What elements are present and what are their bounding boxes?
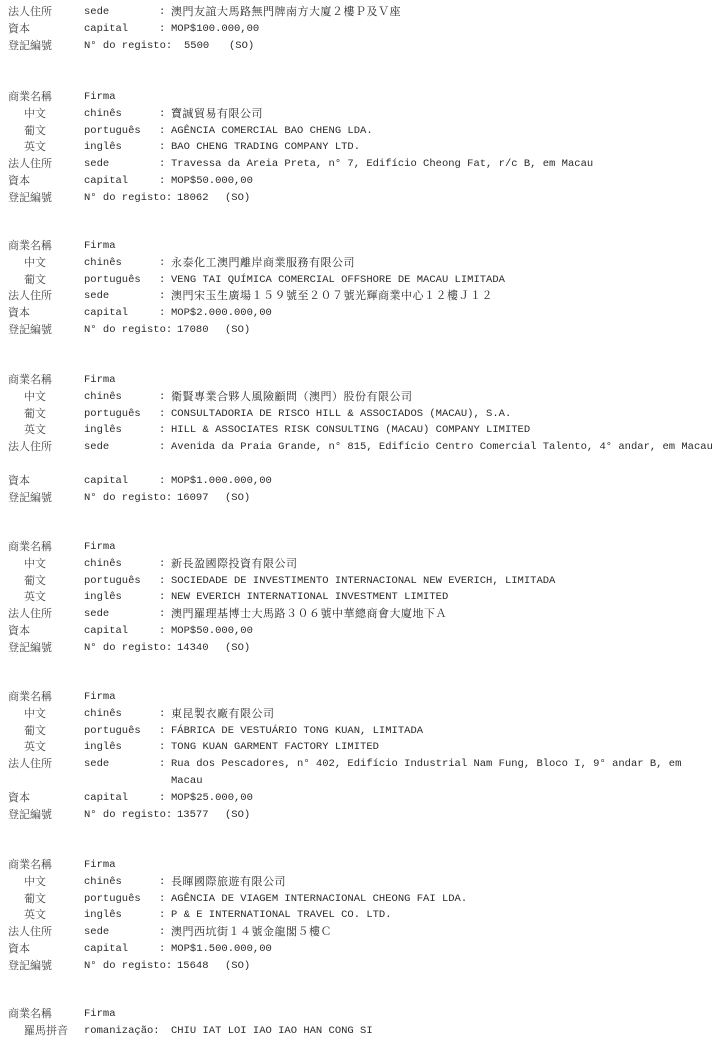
sede-label-zh: 法人住所: [8, 924, 52, 941]
colon: :: [159, 173, 165, 190]
portugues-row: 葡文 português : SOCIEDADE DE INVESTIMENTO…: [0, 573, 725, 590]
colon: :: [159, 21, 165, 38]
firma-label-pt: Firma: [84, 539, 116, 556]
colon: :: [159, 106, 165, 123]
colon: :: [159, 255, 165, 272]
sede-label-pt: sede: [84, 156, 109, 173]
portugues-label-zh: 葡文: [24, 406, 46, 423]
portugues-row: 葡文 português : AGÊNCIA DE VIAGEM INTERNA…: [0, 891, 725, 908]
registo-label-zh: 登記編號: [8, 640, 52, 657]
registo-label-zh: 登記編號: [8, 190, 52, 207]
chines-label-pt: chinês: [84, 874, 122, 891]
registo-label-zh: 登記編號: [8, 807, 52, 824]
chines-label-pt: chinês: [84, 556, 122, 573]
registo-number: 17080: [177, 322, 209, 339]
registo-row: 登記編號 N° do registo: 17080 (SO): [0, 322, 725, 339]
ingles-value: P & E INTERNATIONAL TRAVEL CO. LTD.: [171, 907, 716, 924]
capital-value: MOP$1.000.000,00: [171, 473, 716, 490]
colon: :: [159, 623, 165, 640]
ingles-label-pt: inglês: [84, 739, 122, 756]
registo-row: 登記編號 N° do registo: 16097 (SO): [0, 490, 725, 507]
colon: :: [159, 123, 165, 140]
registo-number: 15648: [177, 958, 209, 975]
sede-row: 法人住所 sede : Travessa da Areia Preta, n° …: [0, 156, 725, 173]
registo-row: 登記編號 N° do registo: 15648 (SO): [0, 958, 725, 975]
registo-type: (SO): [225, 322, 250, 339]
colon: :: [159, 4, 165, 21]
firma-row: 商業名稱 Firma: [0, 689, 725, 706]
capital-label-pt: capital: [84, 790, 128, 807]
portugues-value: SOCIEDADE DE INVESTIMENTO INTERNACIONAL …: [171, 573, 716, 590]
portugues-label-zh: 葡文: [24, 123, 46, 140]
chines-label-pt: chinês: [84, 106, 122, 123]
sede-label-pt: sede: [84, 924, 109, 941]
capital-label-zh: 資本: [8, 305, 30, 322]
capital-label-pt: capital: [84, 173, 128, 190]
registry-entry: 商業名稱 Firma 羅馬拼音 romanização: CHIU IAT LO…: [0, 1006, 725, 1040]
firma-label-zh: 商業名稱: [8, 238, 52, 255]
registo-row: 登記編號 N° do registo: 13577 (SO): [0, 807, 725, 824]
chines-value: 寶誠貿易有限公司: [171, 106, 716, 123]
colon: :: [159, 422, 165, 439]
sede-row: 法人住所 sede : Avenida da Praia Grande, n° …: [0, 439, 725, 473]
ingles-label-zh: 英文: [24, 907, 46, 924]
registo-label-zh: 登記編號: [8, 958, 52, 975]
firma-label-zh: 商業名稱: [8, 372, 52, 389]
registo-type: (SO): [225, 958, 250, 975]
capital-row: 資本 capital : MOP$2.000.000,00: [0, 305, 725, 322]
firma-row: 商業名稱 Firma: [0, 372, 725, 389]
chines-row: 中文 chinês : 新長盈國際投資有限公司: [0, 556, 725, 573]
sede-label-pt: sede: [84, 439, 109, 456]
portugues-value: CONSULTADORIA DE RISCO HILL & ASSOCIADOS…: [171, 406, 716, 423]
registo-label-zh: 登記編號: [8, 38, 52, 55]
colon: :: [159, 288, 165, 305]
registo-type: (SO): [225, 640, 250, 657]
registry-entry: 商業名稱 Firma 中文 chinês : 新長盈國際投資有限公司 葡文 po…: [0, 539, 725, 657]
ingles-row: 英文 inglês : P & E INTERNATIONAL TRAVEL C…: [0, 907, 725, 924]
capital-label-pt: capital: [84, 623, 128, 640]
romanizacao-value: CHIU IAT LOI IAO IAO HAN CONG SI: [171, 1023, 716, 1040]
ingles-label-pt: inglês: [84, 589, 122, 606]
capital-label-pt: capital: [84, 941, 128, 958]
portugues-label-zh: 葡文: [24, 573, 46, 590]
ingles-label-zh: 英文: [24, 589, 46, 606]
colon: :: [159, 473, 165, 490]
ingles-label-pt: inglês: [84, 907, 122, 924]
colon: :: [159, 891, 165, 908]
portugues-value: VENG TAI QUÍMICA COMERCIAL OFFSHORE DE M…: [171, 272, 716, 289]
chines-row: 中文 chinês : 長暉國際旅遊有限公司: [0, 874, 725, 891]
registo-label-pt: N° do registo:: [84, 640, 172, 657]
ingles-value: TONG KUAN GARMENT FACTORY LIMITED: [171, 739, 716, 756]
sede-row: 法人住所 sede : 澳門西坑街１４號金龍閣５樓Ｃ: [0, 924, 725, 941]
sede-label-zh: 法人住所: [8, 156, 52, 173]
capital-label-pt: capital: [84, 473, 128, 490]
colon: :: [159, 389, 165, 406]
sede-label-zh: 法人住所: [8, 756, 52, 773]
portugues-label-pt: português: [84, 406, 141, 423]
portugues-row: 葡文 português : VENG TAI QUÍMICA COMERCIA…: [0, 272, 725, 289]
sede-value: Avenida da Praia Grande, n° 815, Edifíci…: [171, 439, 716, 456]
colon: :: [159, 589, 165, 606]
romanizacao-row: 羅馬拼音 romanização: CHIU IAT LOI IAO IAO H…: [0, 1023, 725, 1040]
capital-label-zh: 資本: [8, 21, 30, 38]
capital-row: 資本 capital : MOP$50.000,00: [0, 173, 725, 190]
romanizacao-label-pt: romanização:: [84, 1023, 160, 1040]
portugues-label-pt: português: [84, 573, 141, 590]
registo-number: 16097: [177, 490, 209, 507]
sede-value: 澳門羅理基博士大馬路３０６號中華總商會大廈地下Ａ: [171, 606, 716, 623]
ingles-row: 英文 inglês : HILL & ASSOCIATES RISK CONSU…: [0, 422, 725, 439]
capital-value: MOP$100.000,00: [171, 21, 716, 38]
capital-value: MOP$50.000,00: [171, 623, 716, 640]
ingles-row: 英文 inglês : BAO CHENG TRADING COMPANY LT…: [0, 139, 725, 156]
ingles-label-zh: 英文: [24, 739, 46, 756]
portugues-label-pt: português: [84, 272, 141, 289]
romanizacao-label-zh: 羅馬拼音: [24, 1023, 68, 1040]
registo-label-pt: N° do registo:: [84, 190, 172, 207]
colon: :: [159, 156, 165, 173]
registo-row: 登記編號 N° do registo: 5500 (SO): [0, 38, 725, 55]
colon: :: [159, 706, 165, 723]
registo-number: 5500: [184, 38, 209, 55]
colon: :: [159, 573, 165, 590]
registo-number: 14340: [177, 640, 209, 657]
registo-label-pt: N° do registo:: [84, 807, 172, 824]
sede-label-pt: sede: [84, 606, 109, 623]
sede-value: Travessa da Areia Preta, n° 7, Edifício …: [171, 156, 716, 173]
colon: :: [159, 139, 165, 156]
firma-label-zh: 商業名稱: [8, 689, 52, 706]
capital-row: 資本 capital : MOP$100.000,00: [0, 21, 725, 38]
registo-label-pt: N° do registo:: [84, 490, 172, 507]
chines-row: 中文 chinês : 衛賢專業合夥人風險顧問（澳門）股份有限公司: [0, 389, 725, 406]
colon: :: [159, 439, 165, 456]
registo-label-pt: N° do registo:: [84, 958, 172, 975]
capital-value: MOP$25.000,00: [171, 790, 716, 807]
registo-label-zh: 登記編號: [8, 490, 52, 507]
firma-row: 商業名稱 Firma: [0, 539, 725, 556]
colon: :: [159, 723, 165, 740]
registry-entry: 商業名稱 Firma 中文 chinês : 衛賢專業合夥人風險顧問（澳門）股份…: [0, 372, 725, 506]
registo-number: 18062: [177, 190, 209, 207]
chines-label-pt: chinês: [84, 389, 122, 406]
capital-label-zh: 資本: [8, 941, 30, 958]
chines-value: 東昆製衣廠有限公司: [171, 706, 716, 723]
ingles-value: HILL & ASSOCIATES RISK CONSULTING (MACAU…: [171, 422, 716, 439]
portugues-label-zh: 葡文: [24, 723, 46, 740]
colon: :: [159, 756, 165, 773]
registry-entry: 法人住所 sede : 澳門友誼大馬路無門牌南方大廈２樓Ｐ及Ｖ座 資本 capi…: [0, 4, 725, 54]
registo-type: (SO): [225, 807, 250, 824]
portugues-row: 葡文 português : CONSULTADORIA DE RISCO HI…: [0, 406, 725, 423]
ingles-label-pt: inglês: [84, 422, 122, 439]
capital-label-pt: capital: [84, 21, 128, 38]
sede-label-zh: 法人住所: [8, 439, 52, 456]
colon: :: [159, 606, 165, 623]
capital-value: MOP$1.500.000,00: [171, 941, 716, 958]
chines-label-zh: 中文: [24, 389, 46, 406]
portugues-value: AGÊNCIA COMERCIAL BAO CHENG LDA.: [171, 123, 716, 140]
firma-label-zh: 商業名稱: [8, 857, 52, 874]
chines-label-zh: 中文: [24, 706, 46, 723]
chines-value: 新長盈國際投資有限公司: [171, 556, 716, 573]
ingles-label-pt: inglês: [84, 139, 122, 156]
chines-label-pt: chinês: [84, 706, 122, 723]
chines-label-pt: chinês: [84, 255, 122, 272]
sede-value: 澳門宋玉生廣場１５９號至２０７號光輝商業中心１２樓Ｊ１２: [171, 288, 716, 305]
firma-label-zh: 商業名稱: [8, 89, 52, 106]
ingles-label-zh: 英文: [24, 422, 46, 439]
colon: :: [159, 907, 165, 924]
chines-label-zh: 中文: [24, 874, 46, 891]
ingles-row: 英文 inglês : NEW EVERICH INTERNATIONAL IN…: [0, 589, 725, 606]
chines-value: 長暉國際旅遊有限公司: [171, 874, 716, 891]
firma-label-pt: Firma: [84, 1006, 116, 1023]
colon: :: [159, 305, 165, 322]
sede-label-zh: 法人住所: [8, 606, 52, 623]
chines-row: 中文 chinês : 寶誠貿易有限公司: [0, 106, 725, 123]
capital-value: MOP$50.000,00: [171, 173, 716, 190]
portugues-label-zh: 葡文: [24, 272, 46, 289]
capital-row: 資本 capital : MOP$50.000,00: [0, 623, 725, 640]
capital-row: 資本 capital : MOP$25.000,00: [0, 790, 725, 807]
colon: :: [159, 790, 165, 807]
firma-label-pt: Firma: [84, 372, 116, 389]
chines-value: 衛賢專業合夥人風險顧問（澳門）股份有限公司: [171, 389, 716, 406]
sede-label-pt: sede: [84, 756, 109, 773]
ingles-value: BAO CHENG TRADING COMPANY LTD.: [171, 139, 716, 156]
sede-label-pt: sede: [84, 288, 109, 305]
sede-row: 法人住所 sede : 澳門羅理基博士大馬路３０６號中華總商會大廈地下Ａ: [0, 606, 725, 623]
ingles-row: 英文 inglês : TONG KUAN GARMENT FACTORY LI…: [0, 739, 725, 756]
portugues-label-zh: 葡文: [24, 891, 46, 908]
firma-label-pt: Firma: [84, 238, 116, 255]
sede-row: 法人住所 sede : 澳門友誼大馬路無門牌南方大廈２樓Ｐ及Ｖ座: [0, 4, 725, 21]
sede-row: 法人住所 sede : Rua dos Pescadores, n° 402, …: [0, 756, 725, 790]
ingles-label-zh: 英文: [24, 139, 46, 156]
registry-entry: 商業名稱 Firma 中文 chinês : 寶誠貿易有限公司 葡文 portu…: [0, 89, 725, 207]
portugues-label-pt: português: [84, 891, 141, 908]
chines-label-zh: 中文: [24, 255, 46, 272]
sede-label-pt: sede: [84, 4, 109, 21]
capital-label-pt: capital: [84, 305, 128, 322]
registo-number: 13577: [177, 807, 209, 824]
chines-label-zh: 中文: [24, 556, 46, 573]
sede-label-zh: 法人住所: [8, 288, 52, 305]
sede-label-zh: 法人住所: [8, 4, 52, 21]
chines-value: 永泰化工澳門離岸商業服務有限公司: [171, 255, 716, 272]
colon: :: [159, 924, 165, 941]
capital-label-zh: 資本: [8, 173, 30, 190]
registo-label-pt: N° do registo:: [84, 38, 172, 55]
chines-label-zh: 中文: [24, 106, 46, 123]
capital-row: 資本 capital : MOP$1.000.000,00: [0, 473, 725, 490]
colon: :: [159, 272, 165, 289]
colon: :: [159, 556, 165, 573]
registo-row: 登記編號 N° do registo: 14340 (SO): [0, 640, 725, 657]
portugues-value: AGÊNCIA DE VIAGEM INTERNACIONAL CHEONG F…: [171, 891, 716, 908]
registry-entry: 商業名稱 Firma 中文 chinês : 東昆製衣廠有限公司 葡文 port…: [0, 689, 725, 823]
portugues-value: FÁBRICA DE VESTUÁRIO TONG KUAN, LIMITADA: [171, 723, 716, 740]
registo-type: (SO): [229, 38, 254, 55]
colon: :: [159, 941, 165, 958]
firma-label-pt: Firma: [84, 689, 116, 706]
sede-value: 澳門西坑街１４號金龍閣５樓Ｃ: [171, 924, 716, 941]
registo-type: (SO): [225, 190, 250, 207]
firma-row: 商業名稱 Firma: [0, 89, 725, 106]
sede-value: 澳門友誼大馬路無門牌南方大廈２樓Ｐ及Ｖ座: [171, 4, 716, 21]
capital-value: MOP$2.000.000,00: [171, 305, 716, 322]
firma-label-pt: Firma: [84, 857, 116, 874]
registo-label-zh: 登記編號: [8, 322, 52, 339]
colon: :: [159, 739, 165, 756]
firma-label-zh: 商業名稱: [8, 539, 52, 556]
capital-label-zh: 資本: [8, 473, 30, 490]
chines-row: 中文 chinês : 永泰化工澳門離岸商業服務有限公司: [0, 255, 725, 272]
capital-label-zh: 資本: [8, 790, 30, 807]
registo-type: (SO): [225, 490, 250, 507]
portugues-label-pt: português: [84, 723, 141, 740]
portugues-row: 葡文 português : AGÊNCIA COMERCIAL BAO CHE…: [0, 123, 725, 140]
registo-row: 登記編號 N° do registo: 18062 (SO): [0, 190, 725, 207]
firma-row: 商業名稱 Firma: [0, 1006, 725, 1023]
chines-row: 中文 chinês : 東昆製衣廠有限公司: [0, 706, 725, 723]
colon: :: [159, 406, 165, 423]
sede-value: Rua dos Pescadores, n° 402, Edifício Ind…: [171, 756, 716, 790]
registry-entry: 商業名稱 Firma 中文 chinês : 長暉國際旅遊有限公司 葡文 por…: [0, 857, 725, 975]
firma-label-zh: 商業名稱: [8, 1006, 52, 1023]
sede-row: 法人住所 sede : 澳門宋玉生廣場１５９號至２０７號光輝商業中心１２樓Ｊ１２: [0, 288, 725, 305]
capital-row: 資本 capital : MOP$1.500.000,00: [0, 941, 725, 958]
firma-row: 商業名稱 Firma: [0, 857, 725, 874]
firma-label-pt: Firma: [84, 89, 116, 106]
colon: :: [159, 874, 165, 891]
registry-entry: 商業名稱 Firma 中文 chinês : 永泰化工澳門離岸商業服務有限公司 …: [0, 238, 725, 339]
capital-label-zh: 資本: [8, 623, 30, 640]
registo-label-pt: N° do registo:: [84, 322, 172, 339]
portugues-row: 葡文 português : FÁBRICA DE VESTUÁRIO TONG…: [0, 723, 725, 740]
portugues-label-pt: português: [84, 123, 141, 140]
firma-row: 商業名稱 Firma: [0, 238, 725, 255]
ingles-value: NEW EVERICH INTERNATIONAL INVESTMENT LIM…: [171, 589, 716, 606]
